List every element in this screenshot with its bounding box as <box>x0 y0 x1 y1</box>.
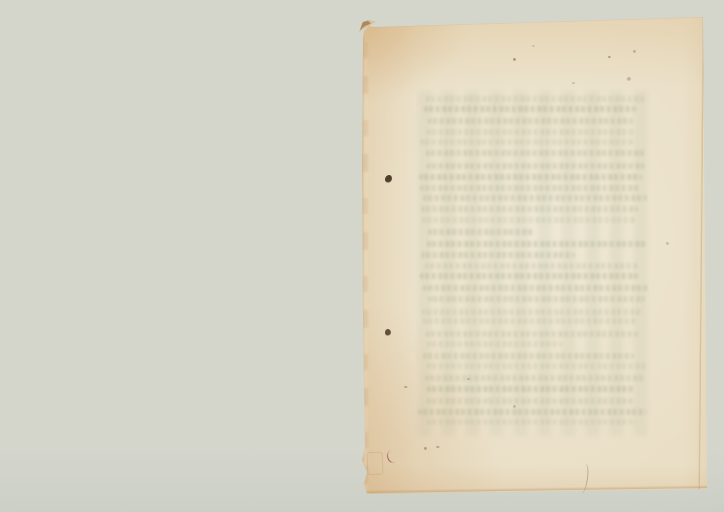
ghost-text-line <box>425 375 644 381</box>
ghost-text-bleedthrough <box>418 95 648 432</box>
ghost-text-line <box>427 386 634 392</box>
ghost-text-line <box>427 241 646 247</box>
ghost-text-line <box>424 106 635 112</box>
ghost-text-line <box>427 341 562 347</box>
ghost-text-line <box>420 185 639 191</box>
ghost-text-line <box>419 174 642 180</box>
paper-right-edge <box>698 17 704 490</box>
ghost-text-line <box>423 285 648 291</box>
ghost-text-line <box>422 309 641 315</box>
ghost-text-line <box>422 217 636 223</box>
ghost-text-line <box>426 96 646 102</box>
ghost-text-line <box>425 263 637 269</box>
ghost-text-line <box>427 398 634 404</box>
ghost-text-line <box>426 331 637 337</box>
ghost-text-line <box>418 409 647 415</box>
ghost-text-line <box>426 150 645 156</box>
paper-bottom-edge <box>366 485 708 493</box>
ghost-text-line <box>423 195 647 201</box>
ghost-text-line <box>428 296 645 302</box>
photo-scan <box>0 0 724 512</box>
ghost-text-line <box>427 363 648 369</box>
ghost-text-line <box>423 353 633 359</box>
ghost-text-line <box>428 118 633 124</box>
ghost-text-line <box>421 206 638 212</box>
ghost-text-line <box>423 318 636 324</box>
ghost-text-line <box>427 129 636 135</box>
ghost-text-line <box>420 139 633 145</box>
ghost-text-line <box>420 273 638 279</box>
ghost-text-line <box>421 252 575 258</box>
paper-left-edge-wear <box>363 42 368 494</box>
ghost-text-line <box>427 419 637 425</box>
paper-top-edge <box>374 16 704 28</box>
aged-paper-sheet <box>356 14 710 498</box>
ghost-text-line <box>427 163 644 169</box>
ghost-text-line <box>428 229 534 235</box>
